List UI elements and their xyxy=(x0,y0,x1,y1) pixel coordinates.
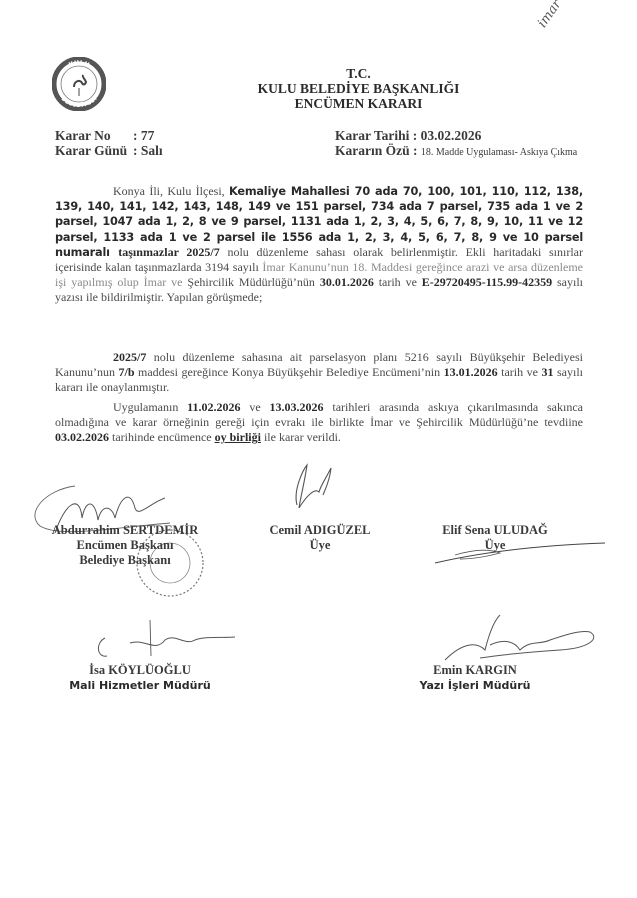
paragraph-3: Uygulamanın 11.02.2026 ve 13.03.2026 tar… xyxy=(55,400,583,446)
p3-text-g: tarihinde encümence xyxy=(109,430,215,444)
signatory-title: Üye xyxy=(250,538,390,553)
p3-decision-date: 03.02.2026 xyxy=(55,430,109,444)
signatory-name: Abdurrahim SERTDEMİR xyxy=(30,523,220,538)
signatory-title: Mali Hizmetler Müdürü xyxy=(50,678,230,693)
p3-unanimity: oy birliği xyxy=(215,430,261,444)
handwritten-note: imar xyxy=(535,0,565,31)
signatory-name: Elif Sena ULUDAĞ xyxy=(420,523,570,538)
p1-area-ref: taşınmazlar 2025/7 xyxy=(118,245,219,259)
paragraph-2: 2025/7 nolu düzenleme sahasına ait parse… xyxy=(55,350,583,396)
signature-ink-5 xyxy=(440,610,610,665)
karar-no: Karar No: 77 xyxy=(55,128,154,144)
p2-date: 13.01.2026 xyxy=(444,365,498,379)
karar-gunu-value: : Salı xyxy=(133,143,163,158)
signatory-title: Encümen Başkanı xyxy=(30,538,220,553)
karar-tarihi: Karar Tarihi : 03.02.2026 xyxy=(335,128,481,144)
p2-article: 7/b xyxy=(119,365,135,379)
karar-no-label: Karar No xyxy=(55,128,133,144)
p2-text-d: maddesi gereğince Konya Büyükşehir Beled… xyxy=(135,365,444,379)
kararin-ozu-value: 18. Madde Uygulaması- Askıya Çıkma xyxy=(421,147,577,158)
kararin-ozu-label: Kararın Özü xyxy=(335,143,410,158)
p2-decision-no: 31 xyxy=(541,365,553,379)
signatory-member-2: Elif Sena ULUDAĞ Üye xyxy=(420,523,570,553)
p3-text-a: Uygulamanın xyxy=(113,400,187,414)
signatory-title: Yazı İşleri Müdürü xyxy=(385,678,565,693)
header-tc: T.C. xyxy=(40,66,637,82)
signatory-title: Belediye Başkanı xyxy=(30,553,220,568)
p3-end-date: 13.03.2026 xyxy=(270,400,324,414)
header-document-type: ENCÜMEN KARARI xyxy=(40,96,637,112)
kararin-ozu: Kararın Özü : 18. Madde Uygulaması- Askı… xyxy=(335,143,577,159)
signatory-clerk-director: Emin KARGIN Yazı İşleri Müdürü xyxy=(385,663,565,693)
p3-text-c: ve xyxy=(241,400,270,414)
paragraph-1: Konya İli, Kulu İlçesi, Kemaliye Mahalle… xyxy=(55,184,583,306)
p3-text-i: ile karar verildi. xyxy=(261,430,341,444)
kararin-ozu-sep: : xyxy=(413,143,418,158)
p1-doc-number: E-29720495-115.99-42359 xyxy=(422,275,552,289)
signatory-title: Üye xyxy=(420,538,570,553)
signatory-name: Emin KARGIN xyxy=(385,663,565,678)
signatory-name: İsa KÖYLÜOĞLU xyxy=(50,663,230,678)
p1-text-f: Şehircilik Müdürlüğü’nün xyxy=(183,275,320,289)
p2-text-f: tarih ve xyxy=(498,365,542,379)
signatory-finance-director: İsa KÖYLÜOĞLU Mali Hizmetler Müdürü xyxy=(50,663,230,693)
p1-text-h: tarih ve xyxy=(374,275,422,289)
karar-tarihi-value: : 03.02.2026 xyxy=(413,128,482,143)
signatory-mayor: Abdurrahim SERTDEMİR Encümen Başkanı Bel… xyxy=(30,523,220,568)
header-institution: KULU BELEDİYE BAŞKANLIĞI xyxy=(40,81,637,97)
signature-ink-4 xyxy=(85,618,245,668)
p2-area-ref: 2025/7 xyxy=(113,350,146,364)
p3-start-date: 11.02.2026 xyxy=(187,400,240,414)
signatory-name: Cemil ADIGÜZEL xyxy=(250,523,390,538)
p1-date: 30.01.2026 xyxy=(320,275,374,289)
signatory-member-1: Cemil ADIGÜZEL Üye xyxy=(250,523,390,553)
signature-ink-2 xyxy=(285,460,345,520)
karar-gunu: Karar Günü: Salı xyxy=(55,143,163,159)
karar-no-value: : 77 xyxy=(133,128,154,143)
karar-tarihi-label: Karar Tarihi xyxy=(335,128,409,143)
p1-text-a: Konya İli, Kulu İlçesi, xyxy=(113,184,229,198)
karar-gunu-label: Karar Günü xyxy=(55,143,133,159)
